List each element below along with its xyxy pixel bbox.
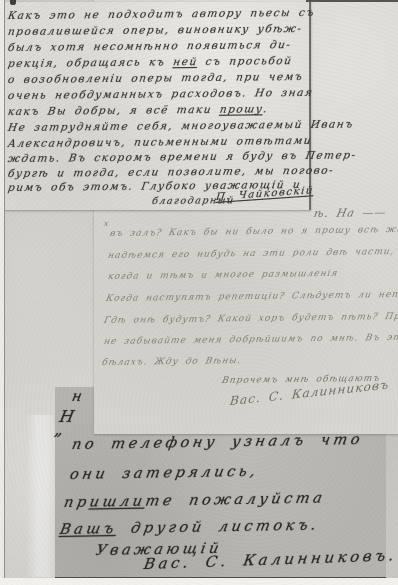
handwriting-line: Гдѣ онѣ будутъ? Какой хоръ будетъ пѣть? … — [103, 312, 398, 326]
handwriting-line: пришлите пожалуйста — [62, 490, 326, 511]
handwriting-line: рекція, обращаясь къ ней съ просьбой — [7, 55, 293, 70]
partial-character: х — [103, 219, 110, 228]
plate-bottom-margin — [0, 578, 398, 585]
handwriting-line: Вашъ другой листокъ. — [58, 517, 320, 538]
partial-character: „ — [53, 420, 69, 439]
handwriting-line: надѣемся его нибудь на эти роли двѣ част… — [107, 246, 398, 261]
handwriting-line: бѣлахъ. Жду до Вѣны. — [101, 356, 242, 368]
handwriting-line: они затерялись, — [68, 464, 259, 483]
handwriting-line: какъ Вы добры, я всё таки прошу. — [7, 103, 269, 118]
handwriting-line: бургѣ и тогда, если позволите, мы погово… — [7, 165, 335, 180]
handwriting-line: очень необдуманныхъ расходовъ. Но зная — [7, 87, 314, 102]
plate-left-margin — [0, 0, 5, 578]
handwriting-line: не забывайте меня добрѣйшимъ по мнѣ. Въ … — [103, 332, 398, 347]
handwriting-line: Когда наступятъ репетиціи? Слѣдуетъ ли н… — [105, 289, 398, 304]
handwriting-line: по телефону узналъ что — [70, 432, 364, 453]
ink-blot — [10, 0, 16, 5]
handwriting-line: Не затрудняйте себя, многоуважаемый Иван… — [7, 118, 355, 134]
fragment-edge-line — [306, 0, 398, 2]
handwriting-line: Александровичъ, письменными отвѣтами — [7, 135, 313, 150]
handwriting-line: въ залъ? Какъ бы ни было но я прошу всѣ … — [109, 224, 398, 239]
letter-fragment-top: Какъ это не подходитъ автору пьесы съпро… — [3, 2, 311, 210]
handwriting-line: провалившейся оперы, виновнику убѣж- — [7, 23, 303, 38]
partial-character: н — [70, 389, 86, 405]
handwriting-line: былъ хотя несомнѣнно появиться ди- — [7, 39, 292, 54]
handwriting-line: когда и тѣмъ и многое размышленія — [107, 269, 339, 282]
partial-line: ѣ. На —— — [313, 206, 388, 220]
handwriting-line: о возобновленіи оперы тогда, при чемъ — [7, 71, 304, 86]
handwriting-line: Какъ это не подходитъ автору пьесы съ — [7, 7, 316, 22]
plate-light-streak — [26, 415, 56, 577]
photographic-plate: нН„по телефону узналъ чтоони затерялись,… — [0, 0, 398, 585]
handwriting-line: ждать. Въ скоромъ времени я буду въ Пете… — [7, 149, 358, 165]
